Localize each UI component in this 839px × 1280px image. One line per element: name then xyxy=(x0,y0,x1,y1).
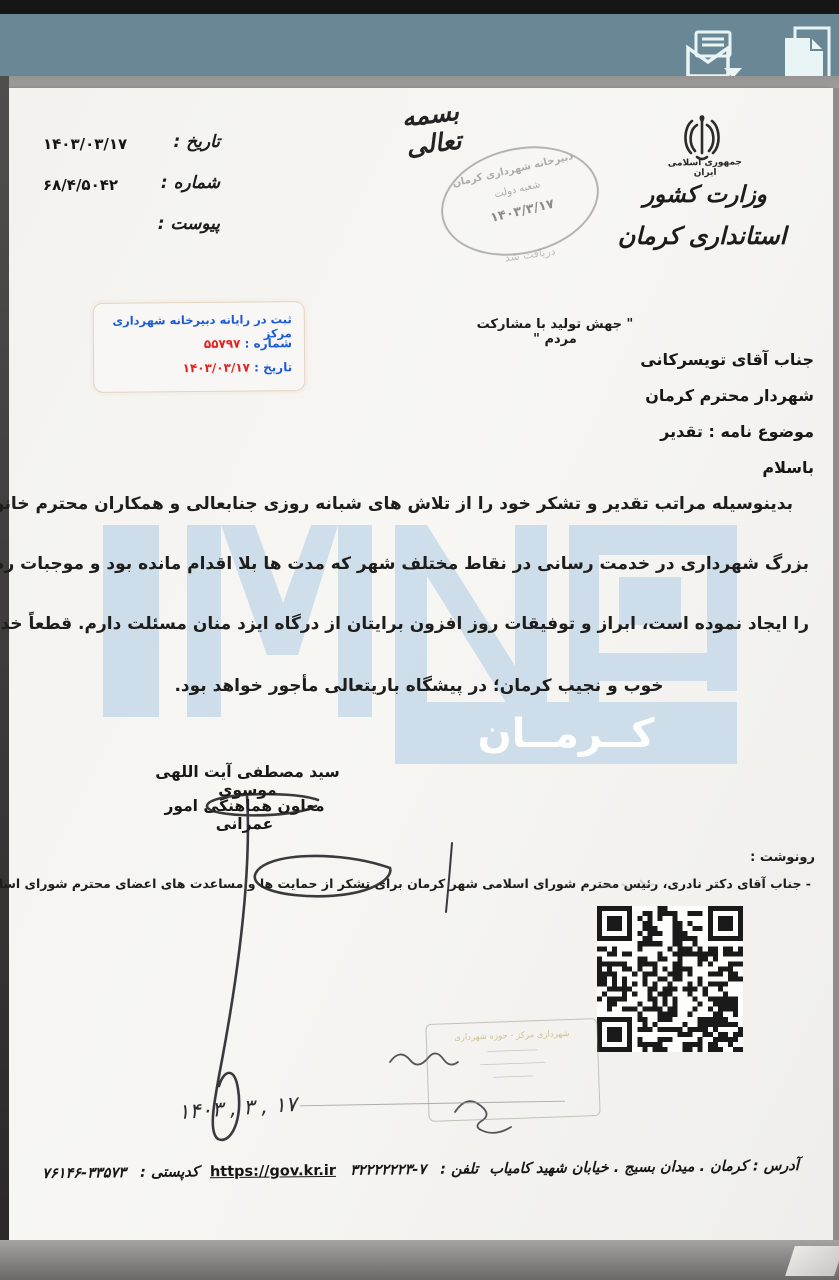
scan-edge-right xyxy=(833,88,839,1240)
attachment-label: پیوست : xyxy=(158,214,220,234)
screenshot-root: جمهوری اسلامی ایران وزارت کشور استانداری… xyxy=(0,0,839,1280)
recipient-name: جناب آقای تویسرکانی xyxy=(554,348,814,371)
date-value: ۱۴۰۳/۰۳/۱۷ xyxy=(43,135,127,153)
footer-address: آدرس : کرمان . میدان بسیج . خیابان شهید … xyxy=(489,1158,799,1177)
signer-name: سید مصطفی آیت اللهی موسوی xyxy=(135,763,360,799)
cc-item: - جناب آقای دکتر نادری، رئیس محترم شورای… xyxy=(29,876,811,891)
registration-number-row: شماره : ۵۵۷۹۷ xyxy=(204,336,292,351)
number-label: شماره : xyxy=(161,173,220,193)
footer-phone: ۳۲۲۲۲۲۲۳-۷ xyxy=(347,1162,429,1179)
body-line-4: خوب و نجیب کرمان؛ در پیشگاه باریتعالی مأ… xyxy=(29,676,809,696)
date-label: تاریخ : xyxy=(173,132,220,152)
salutation: باسلام xyxy=(554,456,814,479)
signer-title: معاون هماهنگی امور عمرانی xyxy=(142,797,347,833)
letter-subject: موضوع نامه : تقدیر xyxy=(554,420,814,443)
footer-postal-label: کدپستی : xyxy=(140,1164,199,1181)
meta-row-attachment: پیوست : xyxy=(35,208,220,249)
registration-number-label: شماره : xyxy=(240,336,292,350)
number-value: ۶۸/۴/۵۰۴۲ xyxy=(43,176,118,194)
qr-code xyxy=(597,906,743,1052)
letterhead-office: استانداری کرمان xyxy=(612,222,792,250)
year-slogan: " جهش تولید با مشارکت مردم " xyxy=(470,317,640,347)
image-viewer-toolbar xyxy=(0,14,839,77)
footer-phone-label: تلفن : xyxy=(440,1161,478,1177)
body-line-3: را ایجاد نموده است، ابراز و توفیقات روز … xyxy=(29,614,809,634)
letterhead-country: جمهوری اسلامی ایران xyxy=(655,157,755,179)
cc-label: رونوشت : xyxy=(750,850,815,865)
recipient-role: شهردار محترم کرمان xyxy=(554,384,814,407)
scan-edge-left xyxy=(0,76,9,1280)
open-mail-icon[interactable] xyxy=(684,30,746,80)
recipient-block: جناب آقای تویسرکانی شهردار محترم کرمان م… xyxy=(554,348,814,492)
footer-website-link[interactable]: https://gov.kr.ir xyxy=(210,1163,336,1180)
page-curl xyxy=(785,1246,839,1276)
footer-postal-code: ۷۶۱۴۶-۳۳۵۷۳ xyxy=(39,1165,129,1182)
registration-date-value: ۱۴۰۳/۰۳/۱۷ xyxy=(183,361,250,376)
iran-emblem-icon xyxy=(678,113,726,163)
letter-meta-fields: تاریخ : ۱۴۰۳/۰۳/۱۷ شماره : ۶۸/۴/۵۰۴۲ پیو… xyxy=(35,126,220,249)
body-line-2: بزرگ شهرداری در خدمت رسانی در نقاط مختلف… xyxy=(29,554,809,574)
body-line-1: بدینوسیله مراتب تقدیر و تشکر خود را از ت… xyxy=(29,494,809,514)
registration-number-value: ۵۵۷۹۷ xyxy=(204,337,241,351)
faded-department-stamp: شهرداری مرکز - حوزه شهرداری ــــــــــــ… xyxy=(425,1018,600,1122)
status-bar xyxy=(0,0,839,14)
meta-row-date: تاریخ : ۱۴۰۳/۰۳/۱۷ xyxy=(35,126,220,167)
registration-date-label: تاریخ : xyxy=(250,360,292,374)
scan-edge-bottom xyxy=(0,1240,839,1280)
registration-box: ثبت در رایانه دبیرخانه شهرداری مرکز شمار… xyxy=(93,301,306,393)
letter-page xyxy=(8,88,833,1240)
meta-row-number: شماره : ۶۸/۴/۵۰۴۲ xyxy=(35,167,220,208)
registration-date-row: تاریخ : ۱۴۰۳/۰۳/۱۷ xyxy=(183,360,293,375)
letterhead-ministry: وزارت کشور xyxy=(640,182,770,208)
